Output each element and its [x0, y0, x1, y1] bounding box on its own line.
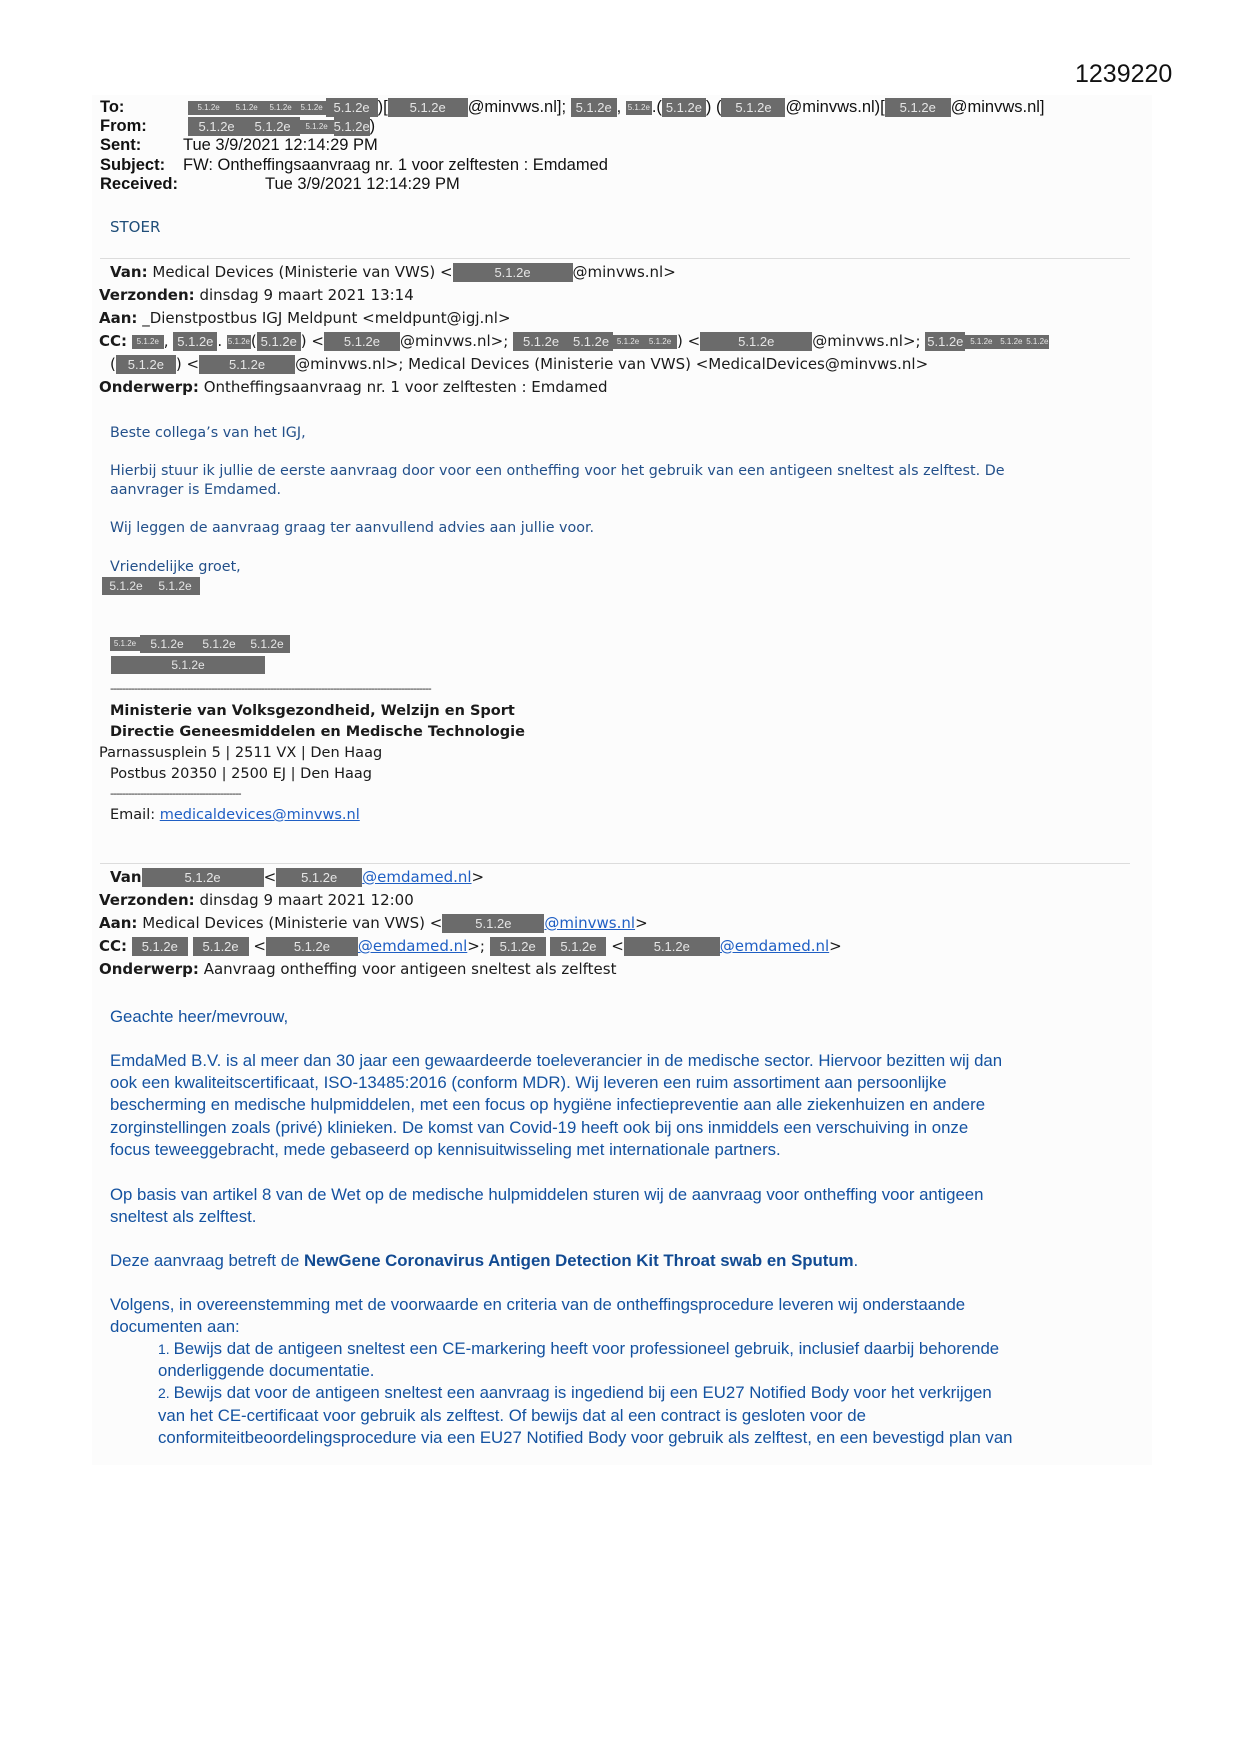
redaction: 5.1.2e — [571, 98, 617, 117]
email2-greeting: Geachte heer/mevrouw, — [110, 1007, 288, 1027]
email1-para2: Wij leggen de aanvraag graag ter aanvull… — [110, 520, 594, 536]
cc-email-link[interactable]: @emdamed.nl — [720, 937, 829, 955]
verzonden-label: Verzonden: — [99, 286, 195, 304]
para1-line: zorginstellingen zoals (privé) klinieken… — [110, 1118, 968, 1138]
redaction: 5.1.2e — [1025, 335, 1049, 349]
redaction: 5.1.2e — [326, 98, 378, 117]
email2-cc-row: CC: 5.1.2e 5.1.2e <5.1.2e@emdamed.nl>; 5… — [99, 937, 842, 956]
onderwerp-value: Aanvraag ontheffing voor antigeen snelte… — [204, 960, 617, 978]
signature-address2: Postbus 20350 | 2500 EJ | Den Haag — [110, 766, 372, 782]
list-item-line: 1. Bewijs dat de antigeen sneltest een C… — [158, 1339, 999, 1359]
to-domain: @minvws.nl]; — [468, 98, 566, 116]
verzonden-label: Verzonden: — [99, 891, 195, 909]
redaction: 5.1.2e — [453, 263, 573, 282]
signature-separator-short: ----------------------------------------… — [110, 787, 268, 800]
redaction: 5.1.2e — [227, 335, 251, 349]
para1-line: focus teweeggebracht, mede gebaseerd op … — [110, 1140, 781, 1160]
aan-value: _Dienstpostbus IGJ Meldpunt <meldpunt@ig… — [142, 309, 510, 327]
redaction: 5.1.2e — [246, 117, 300, 136]
email1-cc-row-2: (5.1.2e) <5.1.2e@minvws.nl>; Medical Dev… — [110, 355, 928, 374]
email2-onderwerp-row: Onderwerp: Aanvraag ontheffing voor anti… — [99, 960, 616, 978]
cc-label: CC: — [99, 332, 127, 350]
para2-line: sneltest als zelftest. — [110, 1207, 256, 1227]
signature-role-redacted: 5.1.2e — [111, 656, 265, 674]
van-name: Medical Devices (Ministerie van VWS) < — [152, 263, 452, 281]
redaction: 5.1.2e — [298, 101, 326, 115]
redaction: 5.1.2e — [150, 577, 200, 595]
aan-email-link[interactable]: @minvws.nl — [544, 914, 635, 932]
cc-label: CC: — [99, 937, 127, 955]
from-row: From: 5.1.2e5.1.2e5.1.2e5.1.2e) — [100, 117, 375, 136]
redaction: 5.1.2e — [116, 355, 176, 374]
redaction: 5.1.2e — [132, 335, 164, 349]
redaction: 5.1.2e — [925, 332, 965, 351]
redaction: 5.1.2e — [132, 937, 188, 956]
signature-separator: ----------------------------------------… — [110, 682, 486, 695]
para4-line: documenten aan: — [110, 1317, 240, 1337]
email1-onderwerp-row: Onderwerp: Ontheffingsaanvraag nr. 1 voo… — [99, 378, 607, 396]
redaction: 5.1.2e — [700, 332, 812, 351]
para1-line: ook een kwaliteitscertificaat, ISO-13485… — [110, 1073, 947, 1093]
received-label: Received: — [100, 175, 265, 194]
sent-row: Sent:Tue 3/9/2021 12:14:29 PM — [100, 136, 378, 155]
forward-note: STOER — [110, 218, 160, 236]
list-item-line: van het CE-certificaat voor gebruik als … — [158, 1406, 866, 1426]
subject-label: Subject: — [100, 156, 183, 175]
redaction: 5.1.2e — [111, 656, 265, 674]
redaction: 5.1.2e — [230, 101, 264, 115]
email2-verzonden-row: Verzonden: dinsdag 9 maart 2021 12:00 — [99, 891, 414, 909]
email1-cc-row: CC: 5.1.2e, 5.1.2e. 5.1.2e(5.1.2e) <5.1.… — [99, 332, 1049, 351]
verzonden-value: dinsdag 9 maart 2021 12:00 — [199, 891, 413, 909]
redaction: 5.1.2e — [188, 117, 246, 136]
van-label: Van: — [110, 263, 148, 281]
redaction: 5.1.2e — [173, 332, 217, 351]
redaction: 5.1.2e — [266, 937, 358, 956]
redaction: 5.1.2e — [188, 101, 230, 115]
van-domain: @minvws.nl> — [573, 263, 676, 281]
redaction: 5.1.2e — [550, 937, 606, 956]
para4-line: Volgens, in overeenstemming met de voorw… — [110, 1295, 965, 1315]
cc-domain: @minvws.nl>; Medical Devices (Ministerie… — [295, 355, 928, 373]
redaction: 5.1.2e — [140, 635, 194, 653]
list-item-line: conformiteitbeoordelingsprocedure via ee… — [158, 1428, 1013, 1448]
signature-dept: Directie Geneesmiddelen en Medische Tech… — [110, 724, 525, 740]
redaction: 5.1.2e — [324, 332, 400, 351]
email2-para3: Deze aanvraag betreft de NewGene Coronav… — [110, 1251, 858, 1271]
list-number: 2. — [158, 1385, 174, 1401]
onderwerp-label: Onderwerp: — [99, 960, 199, 978]
email1-closing: Vriendelijke groet, — [110, 559, 241, 575]
redaction: 5.1.2e — [264, 101, 298, 115]
redaction: 5.1.2e — [569, 332, 613, 351]
para3-suffix: . — [854, 1251, 859, 1270]
redaction: 5.1.2e — [624, 937, 720, 956]
redaction: 5.1.2e — [721, 98, 785, 117]
received-row: Received:Tue 3/9/2021 12:14:29 PM — [100, 175, 460, 194]
onderwerp-value: Ontheffingsaanvraag nr. 1 voor zelfteste… — [204, 378, 608, 396]
list-item-line: onderliggende documentatie. — [158, 1361, 374, 1381]
redaction: 5.1.2e — [643, 335, 677, 349]
to-domain: @minvws.nl)[ — [785, 98, 884, 116]
van-label: Van — [110, 868, 142, 886]
van-email-link[interactable]: @emdamed.nl — [362, 868, 471, 886]
subject-value: FW: Ontheffingsaanvraag nr. 1 voor zelft… — [183, 156, 608, 174]
redaction: 5.1.2e — [662, 98, 706, 117]
divider — [100, 863, 1130, 864]
dept-name: Directie Geneesmiddelen en Medische Tech… — [110, 724, 525, 740]
signature-title-redacted: 5.1.2e5.1.2e5.1.2e5.1.2e — [110, 635, 290, 653]
cc-email-link[interactable]: @emdamed.nl — [358, 937, 467, 955]
to-row: To: 5.1.2e5.1.2e5.1.2e5.1.2e5.1.2e)[5.1.… — [100, 98, 1045, 117]
email1-para1-line1: Hierbij stuur ik jullie de eerste aanvra… — [110, 463, 1005, 479]
redaction: 5.1.2e — [194, 635, 244, 653]
aan-label: Aan: — [99, 914, 137, 932]
cc-domain: @minvws.nl>; — [400, 332, 508, 350]
to-label: To: — [100, 98, 183, 117]
redaction: 5.1.2e — [885, 98, 951, 117]
redaction: 5.1.2e — [513, 332, 569, 351]
email2-aan-row: Aan: Medical Devices (Ministerie van VWS… — [99, 914, 648, 933]
email1-van-row: Van: Medical Devices (Ministerie van VWS… — [110, 263, 676, 282]
para3-prefix: Deze aanvraag betreft de — [110, 1251, 304, 1270]
redaction: 5.1.2e — [199, 355, 295, 374]
redaction: 5.1.2e — [626, 101, 652, 115]
email-label: Email: — [110, 807, 160, 823]
redaction: 5.1.2e — [257, 332, 301, 351]
redaction: 5.1.2e — [244, 635, 290, 653]
product-name: NewGene Coronavirus Antigen Detection Ki… — [304, 1251, 854, 1270]
email1-greeting: Beste collega’s van het IGJ, — [110, 425, 306, 441]
verzonden-value: dinsdag 9 maart 2021 13:14 — [199, 286, 413, 304]
redaction: 5.1.2e — [965, 335, 997, 349]
sent-label: Sent: — [100, 136, 183, 155]
email1-aan-row: Aan: _Dienstpostbus IGJ Meldpunt <meldpu… — [99, 309, 511, 327]
to-domain: @minvws.nl] — [951, 98, 1045, 116]
para1-line: EmdaMed B.V. is al meer dan 30 jaar een … — [110, 1051, 1002, 1071]
signature-org: Ministerie van Volksgezondheid, Welzijn … — [110, 703, 515, 719]
document-number: 1239220 — [1075, 60, 1172, 89]
sent-value: Tue 3/9/2021 12:14:29 PM — [183, 136, 378, 154]
subject-row: Subject:FW: Ontheffingsaanvraag nr. 1 vo… — [100, 156, 608, 175]
email1-verzonden-row: Verzonden: dinsdag 9 maart 2021 13:14 — [99, 286, 414, 304]
redaction: 5.1.2e — [997, 335, 1025, 349]
redaction: 5.1.2e — [442, 914, 544, 933]
signature-address1: Parnassusplein 5 | 2511 VX | Den Haag — [99, 745, 382, 761]
redaction: 5.1.2e — [490, 937, 546, 956]
redaction: 5.1.2e — [276, 868, 362, 887]
list-item-line: 2. Bewijs dat voor de antigeen sneltest … — [158, 1383, 992, 1403]
redaction: 5.1.2e — [193, 937, 249, 956]
redaction: 5.1.2e — [142, 868, 264, 887]
document-page: 1239220 To: 5.1.2e5.1.2e5.1.2e5.1.2e5.1.… — [0, 0, 1241, 1754]
redaction: 5.1.2e — [300, 120, 334, 134]
redaction: 5.1.2e — [613, 335, 643, 349]
para2-line: Op basis van artikel 8 van de Wet op de … — [110, 1185, 983, 1205]
email1-para1-line2: aanvrager is Emdamed. — [110, 482, 281, 498]
divider — [100, 258, 1130, 259]
signature-email-link[interactable]: medicaldevices@minvws.nl — [160, 807, 360, 823]
signature-name-redacted: 5.1.2e5.1.2e — [102, 577, 200, 595]
para1-line: bescherming en medische hulpmiddelen, me… — [110, 1095, 985, 1115]
onderwerp-label: Onderwerp: — [99, 378, 199, 396]
email2-van-row: Van5.1.2e<5.1.2e@emdamed.nl> — [110, 868, 484, 887]
aan-name: Medical Devices (Ministerie van VWS) < — [142, 914, 442, 932]
cc-domain: @minvws.nl>; — [812, 332, 920, 350]
signature-email-row: Email: medicaldevices@minvws.nl — [110, 807, 360, 823]
received-value: Tue 3/9/2021 12:14:29 PM — [265, 175, 460, 193]
from-label: From: — [100, 117, 183, 136]
redaction: 5.1.2e — [102, 577, 150, 595]
redaction: 5.1.2e — [388, 98, 468, 117]
list-number: 1. — [158, 1341, 174, 1357]
aan-label: Aan: — [99, 309, 137, 327]
redaction: 5.1.2e — [110, 637, 140, 651]
org-name: Ministerie van Volksgezondheid, Welzijn … — [110, 703, 515, 719]
redaction: 5.1.2e — [334, 117, 370, 136]
